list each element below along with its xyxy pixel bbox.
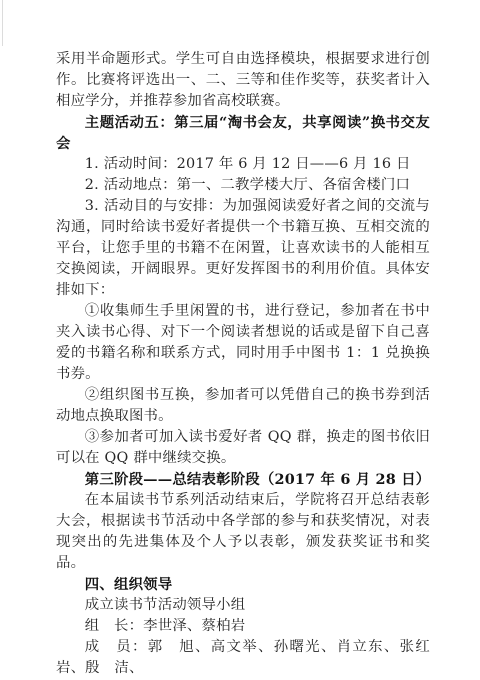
heading-stage-three-commendation: 第三阶段——总结表彰阶段（2017 年 6 月 28 日） <box>56 469 430 490</box>
line-group-members: 成 员：郭 旭、高文举、孙曙光、肖立东、张红岩、殷 洁、 <box>56 637 430 679</box>
document-page: 采用半命题形式。学生可自由选择模块，根据要求进行创作。比赛将评选出一、二、三等和… <box>0 0 480 680</box>
list-item-activity-location: 2. 活动地点：第一、二教学楼大厅、各宿舍楼门口 <box>56 175 430 196</box>
paragraph-commendation-meeting: 在本届读书节系列活动结束后，学院将召开总结表彰大会，根据读书节活动中各学部的参与… <box>56 490 430 574</box>
step-organize-book-exchange: ②组织图书互换，参加者可以凭借自己的换书券到活动地点换取图书。 <box>56 385 430 427</box>
scan-edge-artifact <box>2 0 3 46</box>
list-item-activity-time: 1. 活动时间：2017 年 6 月 12 日——6 月 16 日 <box>56 154 430 175</box>
list-item-activity-purpose: 3. 活动目的与安排：为加强阅读爱好者之间的交流与沟通，同时给读书爱好者提供一个… <box>56 196 430 301</box>
line-group-leader: 组 长：李世泽、蔡柏岩 <box>56 616 430 637</box>
paragraph-contest-scoring: 采用半命题形式。学生可自由选择模块，根据要求进行创作。比赛将评选出一、二、三等和… <box>56 49 430 112</box>
heading-theme-activity-five: 主题活动五：第三届“淘书会友，共享阅读”换书交友会 <box>56 112 430 154</box>
paragraph-establish-leading-group: 成立读书节活动领导小组 <box>56 595 430 616</box>
step-collect-register-books: ①收集师生手里闲置的书，进行登记，参加者在书中夹入读书心得、对下一个阅读者想说的… <box>56 301 430 385</box>
step-join-qq-group: ③参加者可加入读书爱好者 QQ 群，换走的图书依旧可以在 QQ 群中继续交换。 <box>56 427 430 469</box>
heading-section-four-organization: 四、组织领导 <box>56 574 430 595</box>
